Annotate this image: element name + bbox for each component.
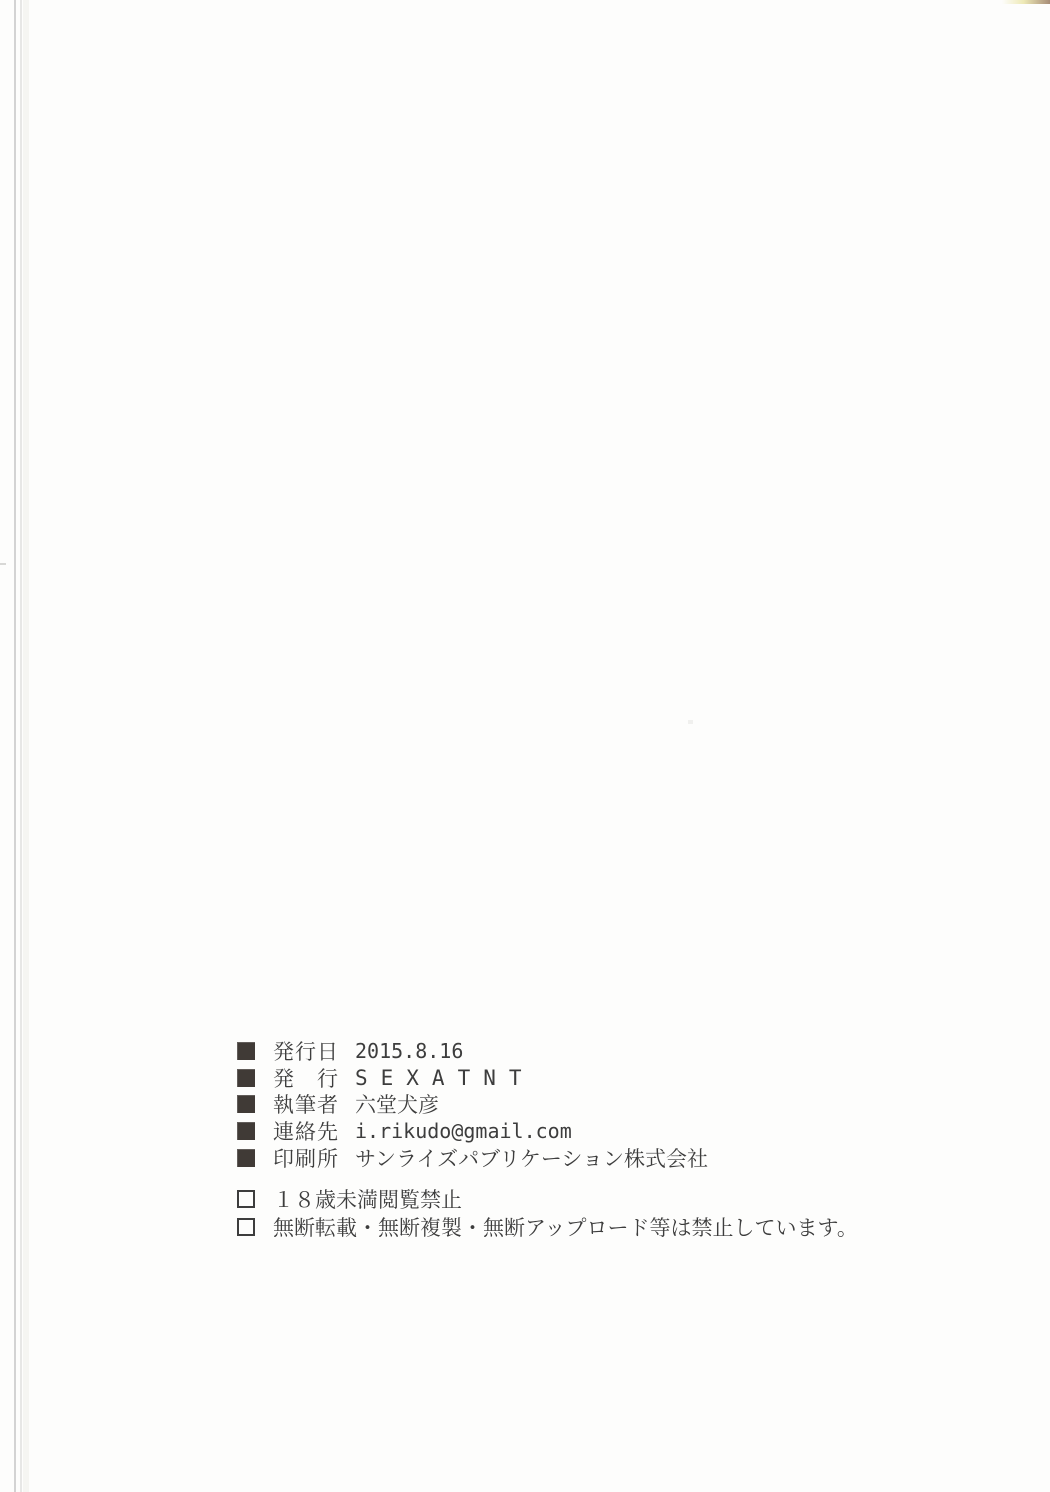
- printer-label: 印刷所: [273, 1143, 340, 1173]
- filled-square-icon: [237, 1095, 255, 1113]
- colophon-row-contact: 連絡先 i.rikudo@gmail.com: [237, 1118, 708, 1145]
- contact-email-value: i.rikudo@gmail.com: [355, 1119, 572, 1143]
- age-restriction-notice: １８歳未満閲覧禁止: [273, 1184, 462, 1214]
- left-edge-scan-dash: [0, 563, 6, 565]
- publisher-label: 発 行: [273, 1063, 340, 1093]
- filled-square-icon: [237, 1149, 255, 1167]
- empty-checkbox-icon: [237, 1190, 255, 1208]
- author-label: 執筆者: [273, 1089, 340, 1119]
- filled-square-icon: [237, 1042, 255, 1060]
- left-edge-scan-band: [23, 0, 29, 1492]
- notices-block: １８歳未満閲覧禁止 無断転載・無断複製・無断アップロード等は禁止しています。: [237, 1185, 858, 1241]
- publisher-value: SEXATNT: [355, 1066, 535, 1090]
- no-reproduction-notice: 無断転載・無断複製・無断アップロード等は禁止しています。: [273, 1212, 858, 1242]
- top-right-scan-smudge: [1002, 0, 1050, 4]
- colophon-row-publish-date: 発行日 2015.8.16: [237, 1038, 708, 1065]
- left-edge-scan-line: [14, 0, 16, 1492]
- left-edge-scan-line-faint: [20, 0, 22, 1492]
- colophon-row-printer: 印刷所 サンライズパブリケーション株式会社: [237, 1144, 708, 1171]
- publish-date-label: 発行日: [273, 1036, 340, 1066]
- publish-date-value: 2015.8.16: [355, 1039, 463, 1063]
- notice-row-no-reproduction: 無断転載・無断複製・無断アップロード等は禁止しています。: [237, 1213, 858, 1241]
- notice-row-age-restriction: １８歳未満閲覧禁止: [237, 1185, 858, 1213]
- scan-speck: [688, 720, 693, 724]
- author-value: 六堂犬彦: [355, 1089, 439, 1119]
- colophon-block: 発行日 2015.8.16 発 行 SEXATNT 執筆者 六堂犬彦 連絡先 i…: [237, 1038, 708, 1171]
- scanned-colophon-page: 発行日 2015.8.16 発 行 SEXATNT 執筆者 六堂犬彦 連絡先 i…: [0, 0, 1050, 1492]
- printer-value: サンライズパブリケーション株式会社: [355, 1143, 708, 1173]
- empty-checkbox-icon: [237, 1218, 255, 1236]
- filled-square-icon: [237, 1069, 255, 1087]
- colophon-row-publisher: 発 行 SEXATNT: [237, 1065, 708, 1092]
- contact-label: 連絡先: [273, 1116, 340, 1146]
- colophon-row-author: 執筆者 六堂犬彦: [237, 1091, 708, 1118]
- filled-square-icon: [237, 1122, 255, 1140]
